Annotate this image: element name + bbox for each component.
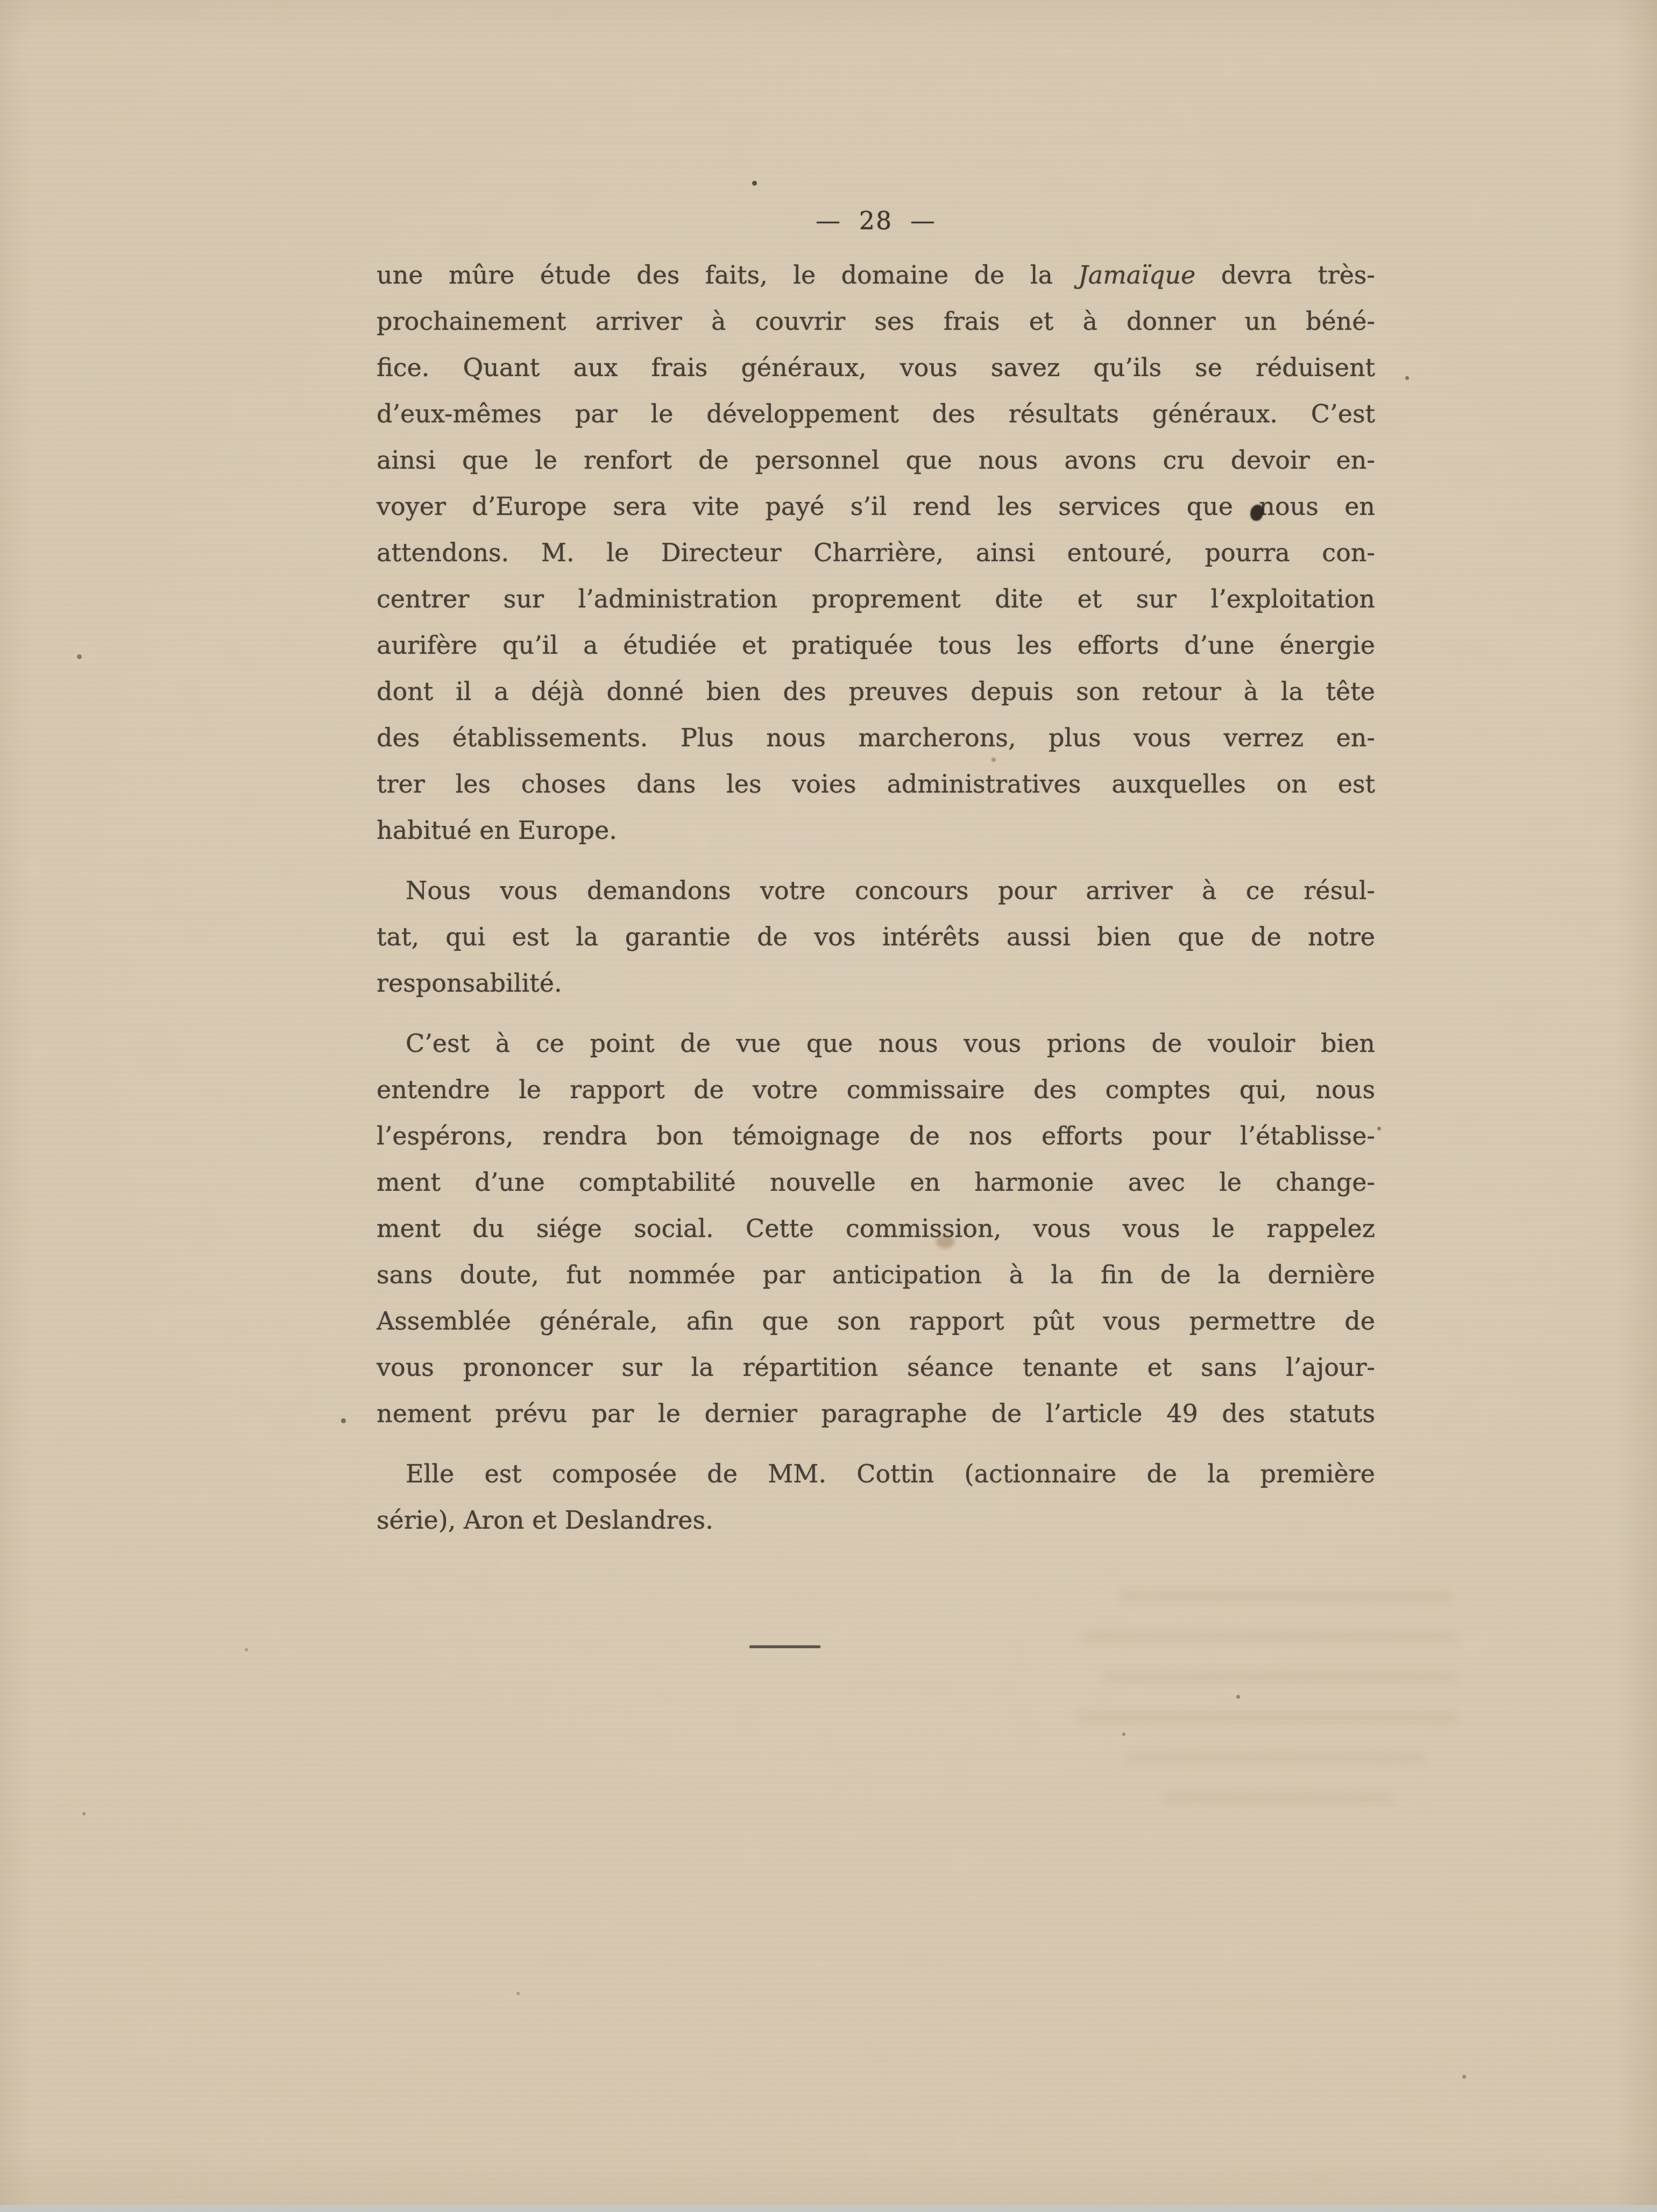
text-line: habitué en Europe. (377, 807, 1375, 853)
verso-bleed-through (1076, 1711, 1458, 1724)
ink-speck (1236, 1695, 1240, 1699)
text-line: des établissements. Plus nous marcherons… (377, 715, 1375, 761)
ink-speck (516, 1992, 520, 1995)
text-line: ainsi que le renfort de personnel que no… (377, 437, 1375, 483)
text-line: ment du siége social. Cette commission, … (377, 1205, 1375, 1252)
ink-speck (77, 654, 82, 659)
text-line: vous prononcer sur la répartition séance… (377, 1344, 1375, 1390)
text-line: série), Aron et Deslandres. (377, 1497, 1375, 1543)
text-block: une mûre étude des faits, le domaine de … (377, 252, 1375, 1543)
ink-speck (82, 1812, 86, 1815)
page-number: — 28 — (377, 204, 1375, 237)
text-line: aurifère qu’il a étudiée et pratiquée to… (377, 622, 1375, 668)
text-line: attendons. M. le Directeur Charrière, ai… (377, 529, 1375, 576)
scanner-edge-strip (0, 2205, 1657, 2212)
ink-speck (1462, 2075, 1466, 2079)
ink-speck (752, 181, 757, 186)
text-line: responsabilité. (377, 960, 1375, 1006)
text-line: prochainement arriver à couvrir ses frai… (377, 298, 1375, 344)
text-line: Nous vous demandons votre concours pour … (377, 867, 1375, 914)
text-line: voyer d’Europe sera vite payé s’il rend … (377, 483, 1375, 529)
ink-speck (245, 1648, 248, 1651)
verso-bleed-through (1119, 1590, 1453, 1603)
verso-bleed-through (1081, 1630, 1458, 1643)
scanned-book-page: { "page": { "header": { "page_number_dis… (0, 0, 1657, 2212)
ink-speck (1122, 1733, 1125, 1736)
text-line: fice. Quant aux frais généraux, vous sav… (377, 344, 1375, 391)
text-line: une mûre étude des faits, le domaine de … (377, 252, 1375, 298)
verso-bleed-through (1162, 1792, 1393, 1805)
section-divider (749, 1645, 820, 1648)
text-line: Assemblée générale, afin que son rapport… (377, 1298, 1375, 1344)
paragraph: une mûre étude des faits, le domaine de … (377, 252, 1375, 853)
text-line: dont il a déjà donné bien des preuves de… (377, 668, 1375, 715)
text-line: ment d’une comptabilité nouvelle en harm… (377, 1159, 1375, 1205)
text-line: Elle est composée de MM. Cottin (actionn… (377, 1451, 1375, 1497)
paragraph: C’est à ce point de vue que nous vous pr… (377, 1020, 1375, 1437)
text-line: centrer sur l’administration proprement … (377, 576, 1375, 622)
text-line: tat, qui est la garantie de vos intérêts… (377, 914, 1375, 960)
text-line: nement prévu par le dernier paragraphe d… (377, 1390, 1375, 1437)
text-line: d’eux-mêmes par le développement des rés… (377, 391, 1375, 437)
ink-speck (1405, 376, 1409, 380)
italic-term: Jamaïque (1078, 260, 1195, 289)
ink-speck (1377, 1127, 1381, 1130)
paragraph: Nous vous demandons votre concours pour … (377, 867, 1375, 1006)
verso-bleed-through (1124, 1751, 1426, 1764)
text-line: trer les choses dans les voies administr… (377, 761, 1375, 807)
paragraph: Elle est composée de MM. Cottin (actionn… (377, 1451, 1375, 1543)
verso-bleed-through (1103, 1671, 1458, 1684)
text-line: entendre le rapport de votre commissaire… (377, 1066, 1375, 1113)
ink-speck (341, 1418, 346, 1423)
text-line: l’espérons, rendra bon témoignage de nos… (377, 1113, 1375, 1159)
text-line: sans doute, fut nommée par anticipation … (377, 1252, 1375, 1298)
text-line: C’est à ce point de vue que nous vous pr… (377, 1020, 1375, 1066)
